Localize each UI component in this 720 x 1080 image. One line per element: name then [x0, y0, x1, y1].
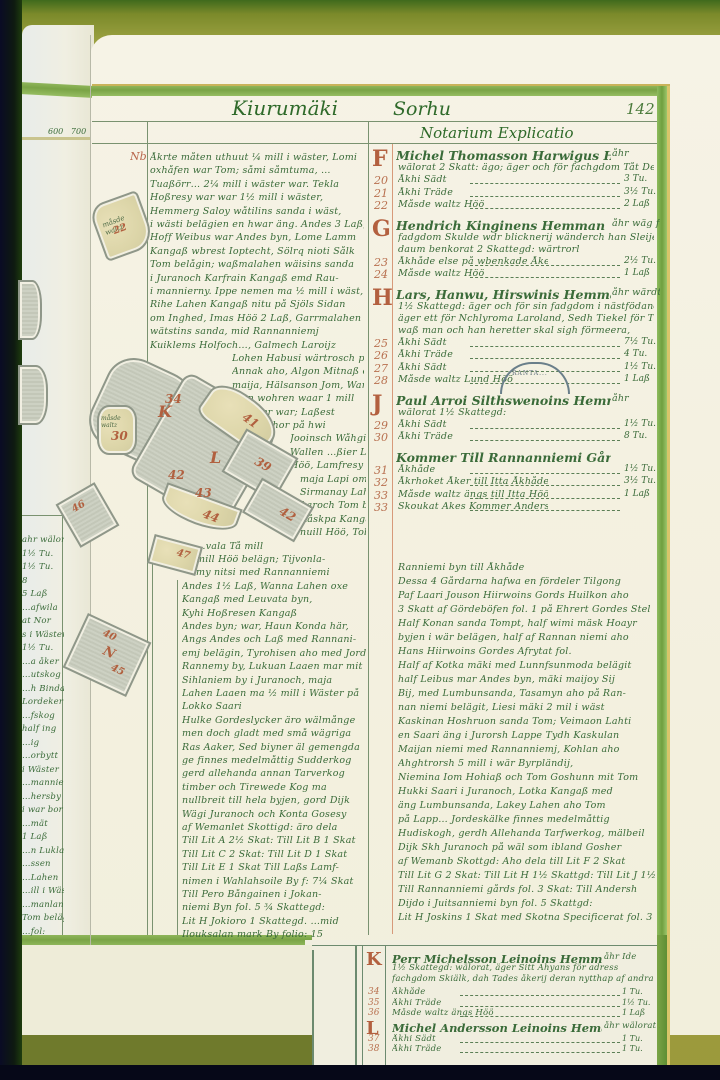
- entry-description: åhr: [612, 148, 660, 159]
- edge-fragment: …a åker: [22, 657, 64, 667]
- fold-shadow: [22, 1035, 312, 1065]
- left-text-line: Ras Aaker, Sed biyner äl gemengda: [182, 742, 366, 753]
- left-text-line: mill Höö belägn; Tijvonla-: [196, 554, 364, 565]
- left-text-line: niemi Byn fol. 5 ¾ Skattegd:: [182, 902, 366, 913]
- edge-fragment: …mät: [22, 819, 64, 829]
- edge-fragment: …mannien: [22, 778, 64, 788]
- entry-description: åhr wälorat 1½ Skat: [604, 1021, 660, 1031]
- item-amount: 1 Laß: [624, 374, 650, 384]
- map-label-L: L: [210, 448, 221, 467]
- insert-gold: [667, 935, 670, 1065]
- left-text-line: maija, Hälsanson Jom, Wanlahti: [232, 380, 364, 391]
- narrative-line: af Wemanb Skottgd: Aho dela till Lit F 2…: [398, 856, 656, 867]
- left-text-line: Till Lit C 2 Skat: Till Lit D 1 Skat: [182, 849, 366, 860]
- narrative-line: Till Rannanniemi gårds fol. 3 Skat: Till…: [398, 884, 656, 895]
- left-text-line: af Wemanlet Skottigd: äro dela: [182, 822, 366, 833]
- map-label-K: K: [158, 402, 172, 421]
- narrative-line: Dessa 4 Gårdarna hafwa en fördeler Tilgo…: [398, 576, 656, 587]
- narrative-line: Dijdo i Juitsanniemi byn fol. 5 Skattgd:: [398, 898, 656, 909]
- edge-fragment: half ing: [22, 724, 64, 734]
- item-number: 34: [368, 987, 379, 997]
- left-text-line: Rihe Lahen Kangaß nitu på Sjöls Sidan: [150, 299, 364, 310]
- edge-fragment: ahr wälorat: [22, 535, 64, 545]
- left-text-line: Lit H Jokioro 1 Skattegd. …mid: [182, 916, 366, 927]
- edge-fragment: …hersby: [22, 792, 64, 802]
- left-text-line: wätstins sanda, mid Rannanniemj: [150, 326, 364, 337]
- insert-frame: [305, 945, 660, 946]
- left-page-rule: [22, 515, 62, 516]
- edge-fragment: i Wäster: [22, 765, 64, 775]
- item-amount: 1 Laß: [622, 1008, 645, 1017]
- left-text-line: Åkrte måten uthuut ¼ mill i wäster, Lomi: [150, 152, 364, 163]
- left-text-line: i mannierny. Ippe nemen ma ½ mill i wäst…: [150, 286, 364, 297]
- narrative-line: Niemina Iom Hohiaß och Tom Goshunn mit T…: [398, 772, 656, 783]
- narrative-line: Half af Kotka mäki med Lunnfsunmoda belä…: [398, 660, 656, 671]
- edge-fragment: …n Lukla: [22, 846, 64, 856]
- item-number: 21: [374, 187, 388, 200]
- item-leader-dots: [470, 358, 620, 359]
- left-text-line: nullbreit till hela byjen, gord Dijk: [182, 795, 366, 806]
- item-amount: 7½ Tu.: [624, 337, 656, 347]
- edge-fragment: Tom belägn: [22, 913, 64, 923]
- left-text-line: Lahen Laaen ma ½ mill i Wäster på: [182, 688, 366, 699]
- entry-letter: H: [372, 285, 393, 311]
- left-text-line: Angs Andes och Laß med Rannani-: [182, 634, 366, 645]
- item-number: 37: [368, 1034, 379, 1044]
- folded-bottom-flap: [22, 945, 312, 1045]
- item-leader-dots: [470, 485, 620, 486]
- item-number: 23: [374, 256, 388, 269]
- entry-description: fachgdom Skiälk, dah Tades åkerij deran …: [392, 974, 654, 984]
- gold-rule: [92, 84, 670, 86]
- item-number: 20: [374, 174, 388, 187]
- left-text-line: nuill Höö, Tobo,: [300, 527, 366, 538]
- edge-fragment: 5 Laß: [22, 589, 64, 599]
- header-title-left: Kiurumäki: [232, 96, 338, 120]
- entry-letter: J: [372, 391, 382, 417]
- gold-rule: [667, 86, 670, 936]
- item-leader-dots: [470, 473, 620, 474]
- entry-letter: G: [372, 216, 391, 242]
- narrative-line: 3 Skatt af Gördeböfen fol. 1 på Ehrert G…: [398, 604, 656, 615]
- entry-description: åhr: [612, 393, 660, 404]
- item-amount: 3½ Tu.: [624, 187, 656, 197]
- item-number: 26: [374, 349, 388, 362]
- item-number: 36: [368, 1008, 379, 1018]
- item-amount: 1½ Tu.: [624, 464, 656, 474]
- entry-description: åhr wärdt: [612, 287, 660, 298]
- left-text-line: Tuaßörr… 2¼ mill i wäster war. Tekla: [150, 179, 364, 190]
- map-parcel-30: måsde waltz 30: [97, 405, 137, 455]
- narrative-line: half Leibus mar Andes byn, mäki maijoy S…: [398, 674, 656, 685]
- item-leader-dots: [460, 995, 620, 996]
- edge-fragment: …ill i Wäst: [22, 886, 64, 896]
- top-border-band: [92, 86, 670, 96]
- edge-fragment: 1½ Tu.: [22, 549, 64, 559]
- map-label-42: 42: [168, 468, 185, 482]
- entry-letter: K: [366, 949, 382, 970]
- narrative-line: Maijan niemi med Rannanniemj, Kohlan aho: [398, 744, 656, 755]
- column-rule: [147, 121, 148, 935]
- entry-description: åhr wäg för fo-: [612, 218, 660, 229]
- narrative-line: Ranniemi byn till Åkhåde: [398, 562, 656, 573]
- entry-description: waß man och han heretter skal sigh förme…: [398, 325, 654, 336]
- edge-fragment: …ig: [22, 738, 64, 748]
- left-text-line: Annak aho, Algon Mitnaß en Hykslana: [232, 366, 364, 377]
- left-text-line: ge finnes medelmåttig Sudderkog: [182, 755, 366, 766]
- edge-fragment: s i Wäster: [22, 630, 64, 640]
- item-amount: 8 Tu.: [624, 431, 647, 441]
- item-leader-dots: [470, 277, 620, 278]
- item-amount: 1 Tu.: [622, 1034, 643, 1043]
- narrative-line: Paf Laari Jouson Hiirwoins Gords Huilkon…: [398, 590, 656, 601]
- item-amount: 3 Tu.: [624, 174, 647, 184]
- entry-description: wälorat 1½ Skattegd:: [398, 407, 654, 418]
- left-text-line: Hulke Gordeslycker äro wälmånge: [182, 715, 366, 726]
- item-amount: 1½ Tu.: [624, 419, 656, 429]
- narrative-line: nan niemi belägit, Liesi mäki 2 mil i wä…: [398, 702, 656, 713]
- item-leader-dots: [470, 265, 620, 266]
- item-number: 35: [368, 998, 379, 1008]
- left-text-line: Andes byn; war, Haun Konda här,: [182, 621, 366, 632]
- narrative-line: Hudiskogh, gerdh Allehanda Tarfwerkog, m…: [398, 828, 656, 839]
- entry-description: fadgdom Skulde wdr blicknerij wänderch h…: [398, 232, 654, 243]
- left-text-line: Rannemy by, Lukuan Laaen mar mit: [182, 661, 366, 672]
- narrative-line: Half Konan sanda Tompt, half wimi mäsk H…: [398, 618, 656, 629]
- narrative-line: en Saari äng i Jurorsh Lappe Tydh Kaskul…: [398, 730, 656, 741]
- left-text-line: Sihlaniem by i Juranoch, maja: [182, 675, 366, 686]
- edge-fragment: …fskog: [22, 711, 64, 721]
- left-text-line: Hemmerg Saloy wåtilins sanda i wäst,: [150, 206, 364, 217]
- item-leader-dots: [470, 346, 620, 347]
- entry-owner-name: Kommer Till Rannanniemi Gårds fol. 3 Ska…: [396, 450, 611, 465]
- item-amount: 4 Tu.: [624, 349, 647, 359]
- left-text-line: om Inghed, Imas Höö 2 Laß, Garrmalahen: [150, 313, 364, 324]
- entry-owner-name: Michel Thomasson Harwigus Hemman: [396, 148, 611, 163]
- map-label-43: 43: [195, 486, 212, 500]
- left-text-line: Till Lit E 1 Skat Till Laßs Lamf-: [182, 862, 366, 873]
- header-title-right: Sorhu: [393, 98, 451, 120]
- left-text-line: men doch gladt med små wägriga: [182, 728, 366, 739]
- column-header: Notarium Explicatio: [420, 124, 574, 142]
- left-text-line: gerd allehanda annan Tarverkog: [182, 768, 366, 779]
- column-rule: [152, 555, 153, 935]
- column-rule: [368, 121, 369, 935]
- item-amount: 2½ Tu.: [624, 256, 656, 266]
- item-leader-dots: [470, 196, 620, 197]
- left-text-line: nimen i Wahlahsoile By f: 7¼ Skat: [182, 876, 366, 887]
- dark-edge-bottom: [0, 1065, 720, 1080]
- left-text-line: Tom belågin; waßmalahen wäisins sanda: [150, 259, 364, 270]
- edge-fragment: at Nor: [22, 616, 64, 626]
- insert-frame: [362, 945, 363, 1065]
- narrative-line: Hukki Saari i Juranoch, Lotka Kangaß med: [398, 786, 656, 797]
- entry-letter: F: [372, 146, 388, 172]
- item-number: 29: [374, 419, 388, 432]
- right-border-band: [657, 86, 667, 936]
- narrative-line: Kaskinan Hoshruon sanda Tom; Veimaon Lah…: [398, 716, 656, 727]
- left-text-line: i wästi belägien en hwar äng. Andes 3 La…: [150, 219, 364, 230]
- edge-fragment: …fol:: [22, 927, 64, 937]
- item-amount: 1 Tu.: [622, 1044, 643, 1053]
- item-number: 22: [374, 199, 388, 212]
- left-text-line: Till Pero Bångainen i Jokan-: [182, 889, 366, 900]
- left-text-line: timber och Tirewede Kog ma: [182, 782, 366, 793]
- left-text-line: Andes 1½ Laß, Wanna Lahen oxe: [182, 581, 366, 592]
- left-text-line: Lohen Habusi wärtrosch på hullon …: [232, 353, 364, 364]
- left-text-line: Höö, Lamfresy: [290, 460, 366, 471]
- map-parcel-left-edge-1: [18, 280, 42, 340]
- entry-description: 1½ Skattegd: äger och för sin fadgdom i …: [398, 301, 654, 312]
- map-parcel-left-edge-2: [18, 365, 48, 425]
- left-text-line: Lokko Saari: [182, 701, 366, 712]
- column-rule: [177, 580, 178, 935]
- left-text-line: my nitsi med Rannanniemi: [196, 567, 364, 578]
- item-leader-dots: [460, 1016, 620, 1017]
- item-number: 38: [368, 1044, 379, 1054]
- left-text-line: maja Lapi om: [300, 474, 366, 485]
- edge-fragment: …orbytt: [22, 751, 64, 761]
- item-amount: 3½ Tu.: [624, 476, 656, 486]
- edge-fragment: …manlangaß: [22, 900, 64, 910]
- item-number: 31: [374, 464, 388, 477]
- entry-description: daum benkorat 2 Skattegd: wärtrorl: [398, 244, 654, 255]
- narrative-line: Lit H Joskins 1 Skat med Skotna Specific…: [398, 912, 656, 923]
- left-text-line: Sirmanay Lahen: [300, 487, 366, 498]
- narrative-line: Till Lit G 2 Skat: Till Lit H 1½ Skattgd…: [398, 870, 656, 881]
- left-text-line: Till Lit A 2½ Skat: Till Lit B 1 Skat: [182, 835, 366, 846]
- item-amount: 1½ Tu.: [624, 362, 656, 372]
- item-number: 28: [374, 374, 388, 387]
- left-text-line: emj belägin, Tyrohisen aho med Jord: [182, 648, 366, 659]
- item-leader-dots: [470, 208, 620, 209]
- dark-edge-left: [0, 0, 22, 1080]
- narrative-line: Ahghtrorsh 5 mill i wär Byrpländij,: [398, 758, 656, 769]
- entry-description: 1½ Skattegd: wälorat, äger Sitt Ahyans f…: [392, 963, 654, 973]
- left-text-line: Jooinsch Wåhgin: [290, 433, 366, 444]
- entry-owner-name: Lars, Hanwu, Hirswinis Hemman: [396, 287, 611, 302]
- left-marker: Nb: [130, 150, 147, 163]
- left-text-line: Kuiklems Holfoch…, Galmech Laroijz: [150, 340, 364, 351]
- edge-fragment: …Lahen: [22, 873, 64, 883]
- item-leader-dots: [460, 1042, 620, 1043]
- item-number: 27: [374, 362, 388, 375]
- edge-fragment: …utskog: [22, 670, 64, 680]
- header-rule: [92, 121, 657, 122]
- narrative-line: äng Lumbunsanda, Lakey Lahen aho Tom: [398, 800, 656, 811]
- narrative-line: på Lapp… Jordeskälke finnes medelmåttig: [398, 814, 656, 825]
- left-text-line: Kyhi Hoßresen Kangaß: [182, 608, 366, 619]
- entry-owner-name: Paul Arroi Silthswenoins Hemman: [396, 393, 611, 408]
- item-number: 24: [374, 268, 388, 281]
- entry-description: wälorat 2 Skatt: ägo; äger och för fachg…: [398, 162, 654, 173]
- insert-frame: [312, 950, 314, 1065]
- header-rule: [92, 143, 657, 144]
- item-amount: 1 Laß: [624, 268, 650, 278]
- entry-description: äger ett för Nchlyroma Laroland, Sedh Ti…: [398, 313, 654, 324]
- edge-fragment: 1½ Tu.: [22, 562, 64, 572]
- narrative-line: byjen i wär belägen, half af Rannan niem…: [398, 632, 656, 643]
- narrative-line: Hans Hiirwoins Gordes Afrytat fol.: [398, 646, 656, 657]
- margin-rule-red: [392, 144, 393, 934]
- edge-fragment: …h Bindarh: [22, 684, 64, 694]
- edge-fragment: 8: [22, 576, 64, 586]
- item-number: 33: [374, 489, 388, 502]
- scale-bar: [22, 137, 90, 140]
- edge-fragment: i war bor: [22, 805, 64, 815]
- entry-owner-name: Michel Andersson Leinoins Heman: [392, 1021, 602, 1035]
- item-leader-dots: [470, 510, 620, 511]
- edge-fragment: …ssen: [22, 859, 64, 869]
- page-number: 142: [626, 100, 655, 118]
- left-text-line: Wägi Juranoch och Konta Gosesy: [182, 809, 366, 820]
- entry-description: åhr Ide: [604, 952, 660, 962]
- left-text-line: i Juranoch Karfrain Kangaß emd Rau-: [150, 273, 364, 284]
- left-text-line: Hoßresy war war 1½ mill i wäster,: [150, 192, 364, 203]
- entry-owner-name: Hendrich Kinginens Hemman: [396, 218, 611, 233]
- item-amount: 1½ Tu.: [622, 998, 650, 1007]
- left-text-line: Hoff Weibus war Andes byn, Lome Lamm: [150, 232, 364, 243]
- item-number: 30: [374, 431, 388, 444]
- left-text-line: Kangaß wbrest Ioptecht, Sölrq nioti Sålk: [150, 246, 364, 257]
- item-leader-dots: [460, 1006, 620, 1007]
- left-text-line: Kangaß med Leuvata byn,: [182, 594, 366, 605]
- narrative-line: Bij, med Lumbunsanda, Tasamyn aho på Ran…: [398, 688, 656, 699]
- item-leader-dots: [470, 498, 620, 499]
- item-number: 32: [374, 476, 388, 489]
- edge-fragment: Lordeker: [22, 697, 64, 707]
- item-amount: 1 Tu.: [622, 987, 643, 996]
- left-text-line: Wallen …ßier Laa: [290, 447, 366, 458]
- left-text-line: …vala Tå mill: [196, 541, 364, 552]
- scale-tick-label: 600 700: [48, 127, 86, 136]
- narrative-line: Dijk Skh Juranoch på wäl som ibland Gosh…: [398, 842, 656, 853]
- edge-fragment: 1½ Tu.: [22, 643, 64, 653]
- item-leader-dots: [470, 183, 620, 184]
- left-text-line: oxhåfen war Tom; såmi såmtuma, …: [150, 165, 364, 176]
- left-text-line: Ilouksalan mark By folio: 15: [182, 929, 366, 940]
- item-number: 25: [374, 337, 388, 350]
- item-amount: 1 Laß: [624, 489, 650, 499]
- insert-frame: [355, 945, 357, 1065]
- left-text-line: Kåskpa Kangaß: [300, 514, 366, 525]
- item-number: 33: [374, 501, 388, 514]
- edge-fragment: 1 Laß: [22, 832, 64, 842]
- item-leader-dots: [460, 1052, 620, 1053]
- item-leader-dots: [470, 428, 620, 429]
- item-amount: 2 Laß: [624, 199, 650, 209]
- insert-frame: [385, 945, 386, 1065]
- item-leader-dots: [470, 440, 620, 441]
- edge-fragment: …afwila: [22, 603, 64, 613]
